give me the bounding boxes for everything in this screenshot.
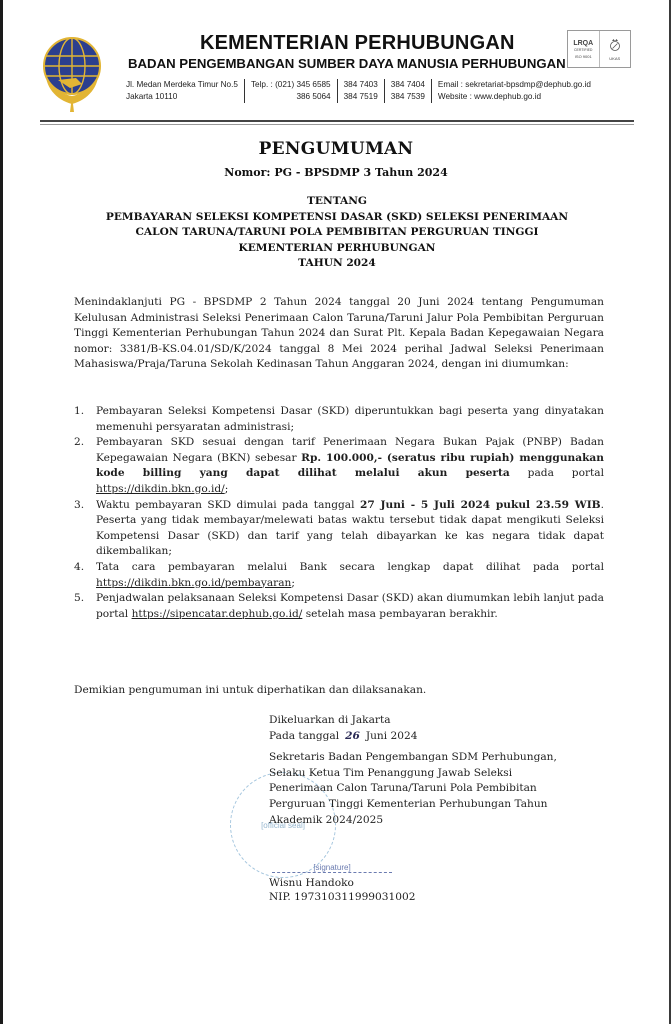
item-number: 1. <box>74 404 96 435</box>
phone-block-1: Telp. : (021) 345 6585 386 5064 <box>244 79 337 103</box>
portal-link[interactable]: https://dikdin.bkn.go.id/pembayaran <box>96 577 291 589</box>
item-text: Pembayaran SKD sesuai dengan tarif Pener… <box>96 435 604 497</box>
header-rule-thin <box>40 124 634 125</box>
subject-block: TENTANG PEMBAYARAN SELEKSI KOMPETENSI DA… <box>40 194 634 272</box>
signer-position: Sekretaris Badan Pengembangan SDM Perhub… <box>269 750 659 828</box>
contact-details: Jl. Medan Merdeka Timur No.5 Jakarta 101… <box>126 79 597 103</box>
website-text: Website : www.dephub.go.id <box>438 91 591 103</box>
crown-icon <box>609 38 621 54</box>
list-item: 3.Waktu pembayaran SKD dimulai pada tang… <box>74 498 604 560</box>
cert-label: CERTIFIED <box>574 48 592 52</box>
signer-id: NIP. 197310311999031002 <box>269 890 416 904</box>
org-title: KEMENTERIAN PERHUBUNGAN <box>200 32 515 55</box>
announcement-items: 1.Pembayaran Seleksi Kompetensi Dasar (S… <box>74 404 604 622</box>
issued-at: Dikeluarkan di Jakarta <box>269 713 659 729</box>
list-item: 2.Pembayaran SKD sesuai dengan tarif Pen… <box>74 435 604 497</box>
intro-paragraph: Menindaklanjuti PG - BPSDMP 2 Tahun 2024… <box>74 295 604 373</box>
ministry-globe-logo-icon <box>36 34 108 114</box>
item-number: 2. <box>74 435 96 497</box>
issue-date: Pada tanggal26Juni 2024 <box>269 729 659 745</box>
item-number: 4. <box>74 560 96 591</box>
emphasis-text: 27 Juni - 5 Juli 2024 pukul 23.59 WIB <box>360 499 601 511</box>
phone-block-3: 384 7404 384 7539 <box>384 79 431 103</box>
item-text: Waktu pembayaran SKD dimulai pada tangga… <box>96 498 604 560</box>
email-text: Email : sekretariat-bpsdmp@dephub.go.id <box>438 79 591 91</box>
portal-link[interactable]: https://sipencatar.dephub.go.id/ <box>132 608 303 620</box>
signature-block: Dikeluarkan di Jakarta Pada tanggal26Jun… <box>269 713 659 828</box>
item-text: Penjadwalan pelaksanaan Seleksi Kompeten… <box>96 591 604 622</box>
cert-name: LRQA <box>573 40 593 47</box>
announcement-number: Nomor: PG - BPSDMP 3 Tahun 2024 <box>0 166 672 179</box>
address-block: Jl. Medan Merdeka Timur No.5 Jakarta 101… <box>126 79 244 103</box>
list-item: 4.Tata cara pembayaran melalui Bank seca… <box>74 560 604 591</box>
phone-block-2: 384 7403 384 7519 <box>337 79 384 103</box>
item-text: Pembayaran Seleksi Kompetensi Dasar (SKD… <box>96 404 604 435</box>
portal-link[interactable]: https://dikdin.bkn.go.id/ <box>96 483 225 495</box>
list-item: 1.Pembayaran Seleksi Kompetensi Dasar (S… <box>74 404 604 435</box>
certification-badge: LRQA CERTIFIED ISO 9001 UKAS <box>567 30 631 68</box>
signer-name: Wisnu Handoko <box>269 876 416 890</box>
list-item: 5.Penjadwalan pelaksanaan Seleksi Kompet… <box>74 591 604 622</box>
cert-mark: UKAS <box>609 56 620 61</box>
signature-placeholder: [signature] <box>272 838 392 873</box>
announcement-title: PENGUMUMAN <box>0 139 672 159</box>
closing-paragraph: Demikian pengumuman ini untuk diperhatik… <box>74 683 604 699</box>
handwritten-day: 26 <box>339 730 366 742</box>
item-number: 5. <box>74 591 96 622</box>
item-text: Tata cara pembayaran melalui Bank secara… <box>96 560 604 591</box>
email-web-block: Email : sekretariat-bpsdmp@dephub.go.id … <box>431 79 597 103</box>
signer-info: Wisnu Handoko NIP. 197310311999031002 <box>269 876 416 904</box>
org-subtitle: BADAN PENGEMBANGAN SUMBER DAYA MANUSIA P… <box>128 56 566 71</box>
item-number: 3. <box>74 498 96 560</box>
cert-standard: ISO 9001 <box>575 54 592 59</box>
header-rule-thick <box>40 120 634 122</box>
